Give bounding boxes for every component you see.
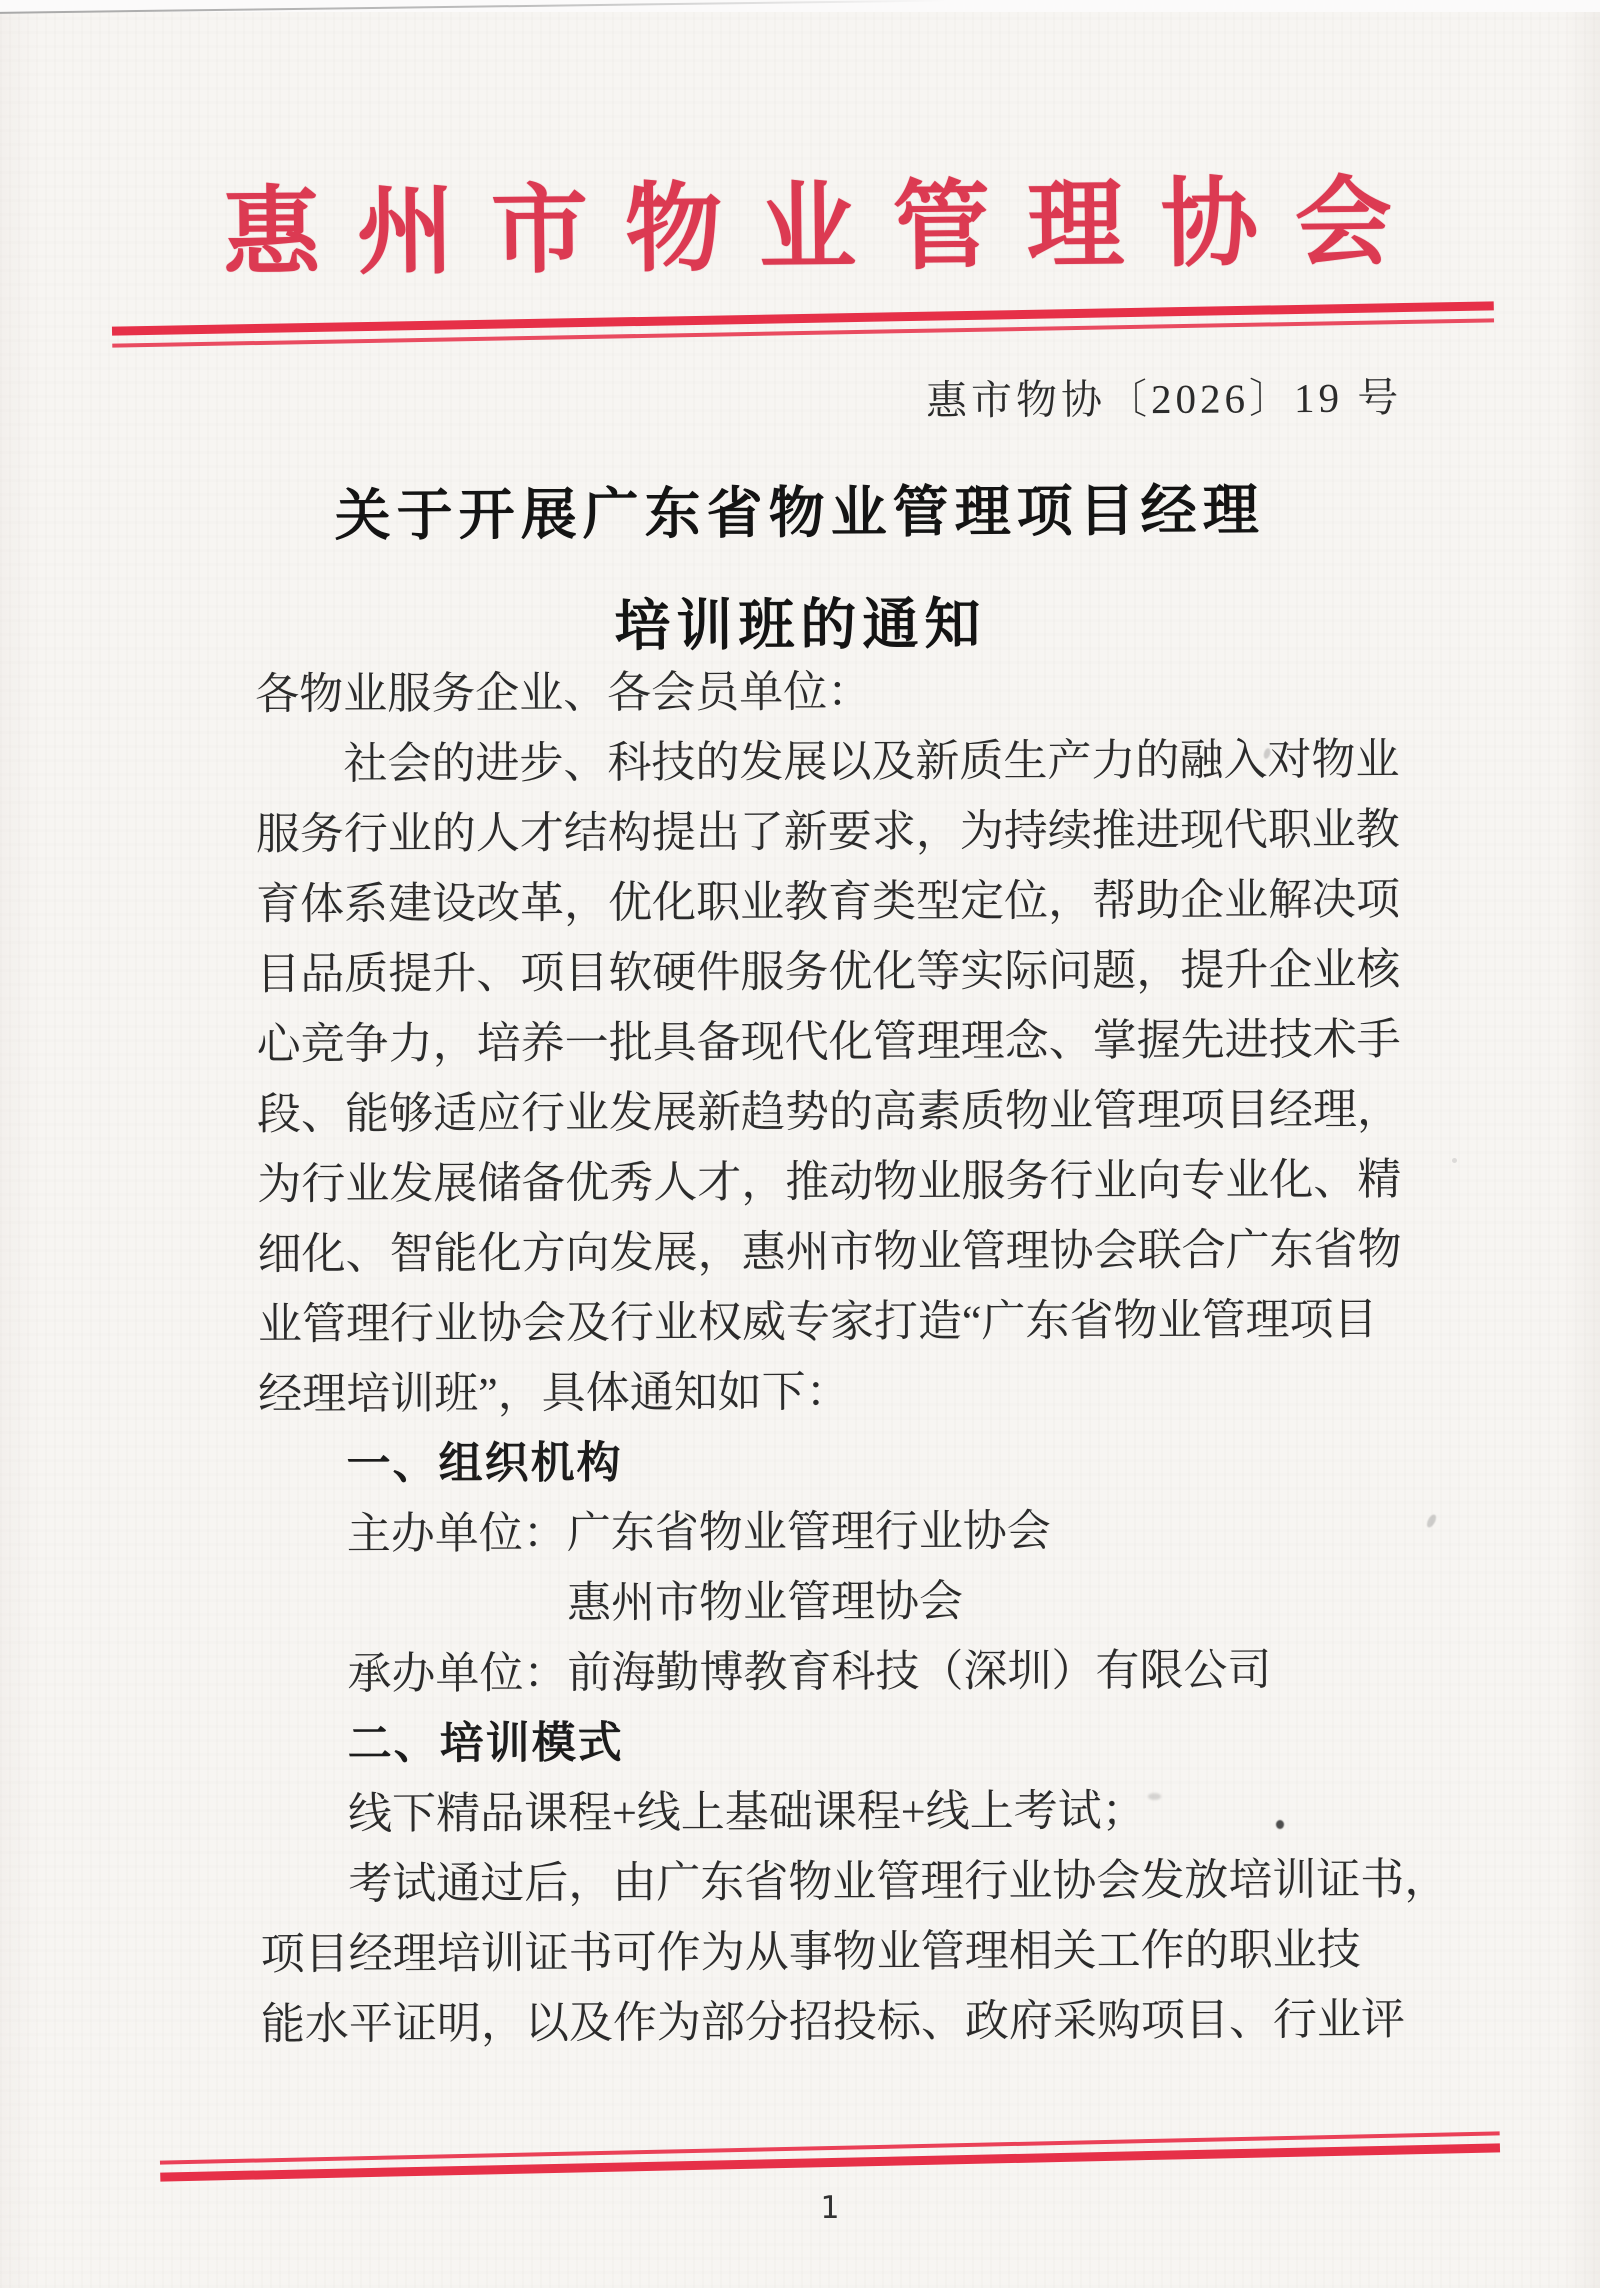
notice-title: 关于开展广东省物业管理项目经理 培训班的通知 (0, 453, 1600, 687)
body-line: 细化、智能化方向发展，惠州市物业管理协会联合广东省物 (257, 1215, 1467, 1290)
page-number: 1 (0, 2190, 1600, 2226)
body-line: 心竞争力，培养一批具备现代化管理理念、掌握先进技术手 (257, 1005, 1467, 1080)
section-heading-organization: 一、组织机构 (258, 1425, 1468, 1500)
body-line: 业管理行业协会及行业权威专家打造“广东省物业管理项目 (258, 1285, 1468, 1360)
salutation-line: 各物业服务企业、各会员单位： (255, 655, 1465, 730)
body-line: 目品质提升、项目软硬件服务优化等实际问题，提升企业核 (256, 935, 1466, 1010)
doc-number: 惠市物协〔2026〕19 号 (926, 364, 1403, 426)
notice-body: 各物业服务企业、各会员单位： 社会的进步、科技的发展以及新质生产力的融入对物业 … (255, 655, 1471, 2060)
host-unit-line-2: 惠州市物业管理协会 (259, 1565, 1469, 1640)
body-line: 线下精品课程+线上基础课程+线上考试； (260, 1775, 1470, 1850)
body-line: 服务行业的人才结构提出了新要求，为持续推进现代职业教 (256, 795, 1466, 870)
body-line: 能水平证明，以及作为部分招投标、政府采购项目、行业评 (261, 1985, 1471, 2060)
body-line: 经理培训班”，具体通知如下： (258, 1355, 1468, 1430)
body-line: 社会的进步、科技的发展以及新质生产力的融入对物业 (255, 725, 1465, 800)
body-line: 育体系建设改革，优化职业教育类型定位，帮助企业解决项 (256, 865, 1466, 940)
body-line: 为行业发展储备优秀人才，推动物业服务行业向专业化、精 (257, 1145, 1467, 1220)
footer-double-rule (160, 2131, 1500, 2181)
body-line: 段、能够适应行业发展新趋势的高素质物业管理项目经理， (257, 1075, 1467, 1150)
scanned-document-page: { "document": { "letterhead": "惠州市物业管理协会… (0, 0, 1600, 2288)
notice-title-line-1: 关于开展广东省物业管理项目经理 (0, 453, 1600, 575)
organizer-unit-line: 承办单位：前海勤博教育科技（深圳）有限公司 (259, 1635, 1469, 1710)
host-unit-line: 主办单位：广东省物业管理行业协会 (259, 1495, 1469, 1570)
letterhead-title: 惠州市物业管理协会 (0, 156, 1600, 301)
body-line: 项目经理培训证书可作为从事物业管理相关工作的职业技 (260, 1915, 1470, 1990)
body-line: 考试通过后，由广东省物业管理行业协会发放培训证书， (260, 1845, 1470, 1920)
section-heading-training-mode: 二、培训模式 (260, 1705, 1470, 1780)
header-double-rule (112, 301, 1494, 347)
